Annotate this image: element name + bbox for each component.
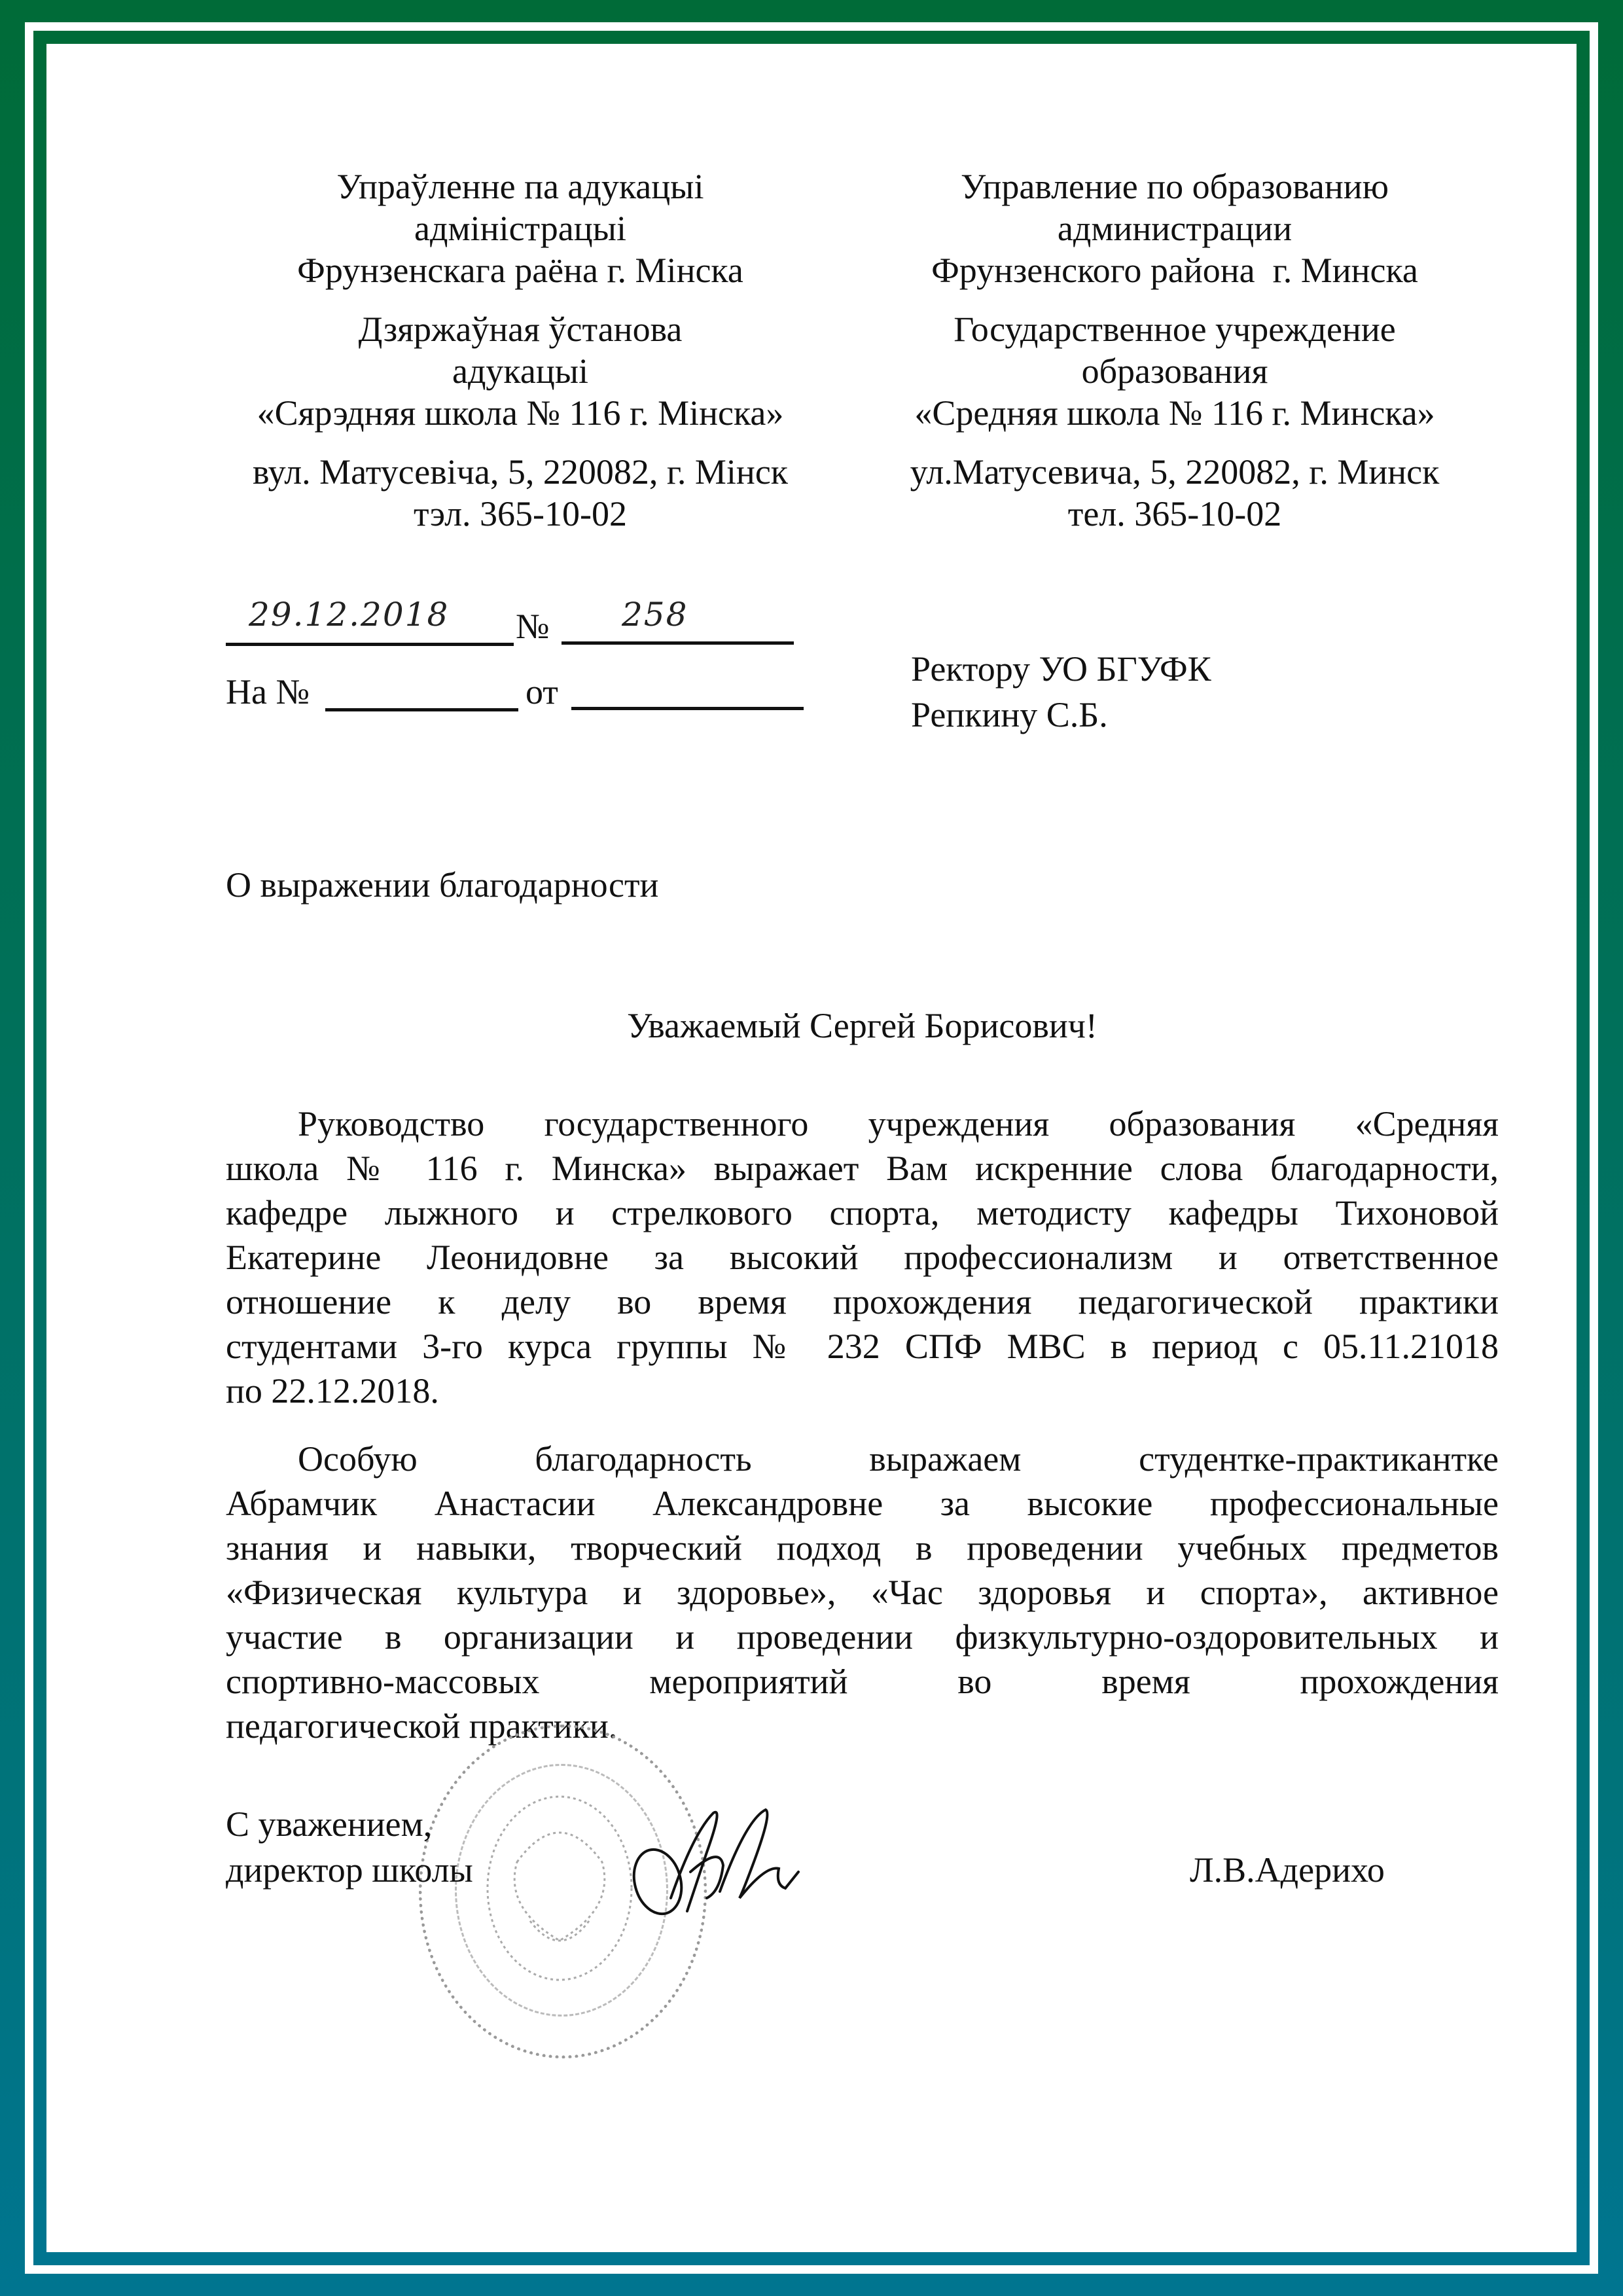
header-right-school: Государственное учреждение образования «… [880, 308, 1469, 434]
header-left-org: Упраўленне па адукацыі адміністрацыі Фру… [226, 166, 815, 291]
body-line: спортивно-массовых мероприятий во время … [226, 1659, 1499, 1704]
header-left-address: вул. Матусевіча, 5, 220082, г. Мінск тэл… [226, 451, 815, 535]
header-right-line: тел. 365-10-02 [880, 493, 1469, 535]
header-right-org: Управление по образованию администрации … [880, 166, 1469, 291]
number-underline [562, 641, 794, 645]
header-left-line: адміністрацыі [226, 207, 815, 249]
date-underline [226, 643, 514, 646]
body-line: Екатерине Леонидовне за высокий професси… [226, 1235, 1499, 1280]
body-line: Абрамчик Анастасии Александровне за высо… [226, 1481, 1499, 1526]
body-paragraph-2: Особую благодарность выражаем студентке-… [226, 1437, 1499, 1748]
outgoing-number: 258 [622, 596, 688, 634]
body-line: студентами 3-го курса группы № 232 СПФ М… [226, 1324, 1499, 1369]
reply-from-label: от [526, 671, 558, 713]
header-right-line: Государственное учреждение [880, 308, 1469, 350]
header-right-line: образования [880, 350, 1469, 392]
header-left-line: Упраўленне па адукацыі [226, 166, 815, 207]
body-paragraph-1: Руководство государственного учреждения … [226, 1102, 1499, 1413]
body-line: Руководство государственного учреждения … [226, 1102, 1499, 1146]
number-label: № [516, 605, 550, 647]
header-right-line: Управление по образованию [880, 166, 1469, 207]
header-right-line: администрации [880, 207, 1469, 249]
body-line: педагогической практики. [226, 1704, 1499, 1748]
header-right-line: ул.Матусевича, 5, 220082, г. Минск [880, 451, 1469, 493]
header-left-line: «Сярэдняя школа № 116 г. Мінска» [226, 392, 815, 434]
reply-number-blank [325, 708, 518, 711]
addressee-name: Репкину С.Б. [911, 694, 1108, 736]
closing-position: директор школы [226, 1849, 473, 1891]
header-left-line: вул. Матусевіча, 5, 220082, г. Мінск [226, 451, 815, 493]
body-line: кафедре лыжного и стрелкового спорта, ме… [226, 1191, 1499, 1235]
body-line: отношение к делу во время прохождения пе… [226, 1280, 1499, 1324]
body-line: участие в организации и проведении физку… [226, 1615, 1499, 1659]
letter-subject: О выражении благодарности [226, 864, 658, 906]
header-left-school: Дзяржаўная ўстанова адукацыі «Сярэдняя ш… [226, 308, 815, 434]
body-line: по 22.12.2018. [226, 1369, 1499, 1413]
reply-number-label: На № [226, 671, 310, 713]
header-right-line: Фрунзенского района г. Минска [880, 249, 1469, 291]
reply-date-blank [571, 707, 804, 710]
outgoing-date: 29.12.2018 [249, 596, 449, 634]
header-right-russian: Управление по образованию администрации … [880, 166, 1469, 552]
body-line: знания и навыки, творческий подход в про… [226, 1526, 1499, 1570]
signatory-name: Л.В.Адерихо [1190, 1849, 1385, 1891]
header-left-belarusian: Упраўленне па адукацыі адміністрацыі Фру… [226, 166, 815, 552]
header-left-line: адукацыі [226, 350, 815, 392]
body-line: «Физическая культура и здоровье», «Час з… [226, 1570, 1499, 1615]
header-left-line: Фрунзенскага раёна г. Мінска [226, 249, 815, 291]
salutation: Уважаемый Сергей Борисович! [226, 1005, 1499, 1047]
header-right-address: ул.Матусевича, 5, 220082, г. Минск тел. … [880, 451, 1469, 535]
body-line: школа № 116 г. Минска» выражает Вам искр… [226, 1146, 1499, 1191]
header-left-line: тэл. 365-10-02 [226, 493, 815, 535]
header-right-line: «Средняя школа № 116 г. Минска» [880, 392, 1469, 434]
addressee-position: Ректору УО БГУФК [911, 648, 1211, 690]
closing-regards: С уважением, [226, 1803, 432, 1845]
header-left-line: Дзяржаўная ўстанова [226, 308, 815, 350]
handwritten-signature-icon [609, 1806, 831, 1931]
body-line: Особую благодарность выражаем студентке-… [226, 1437, 1499, 1481]
